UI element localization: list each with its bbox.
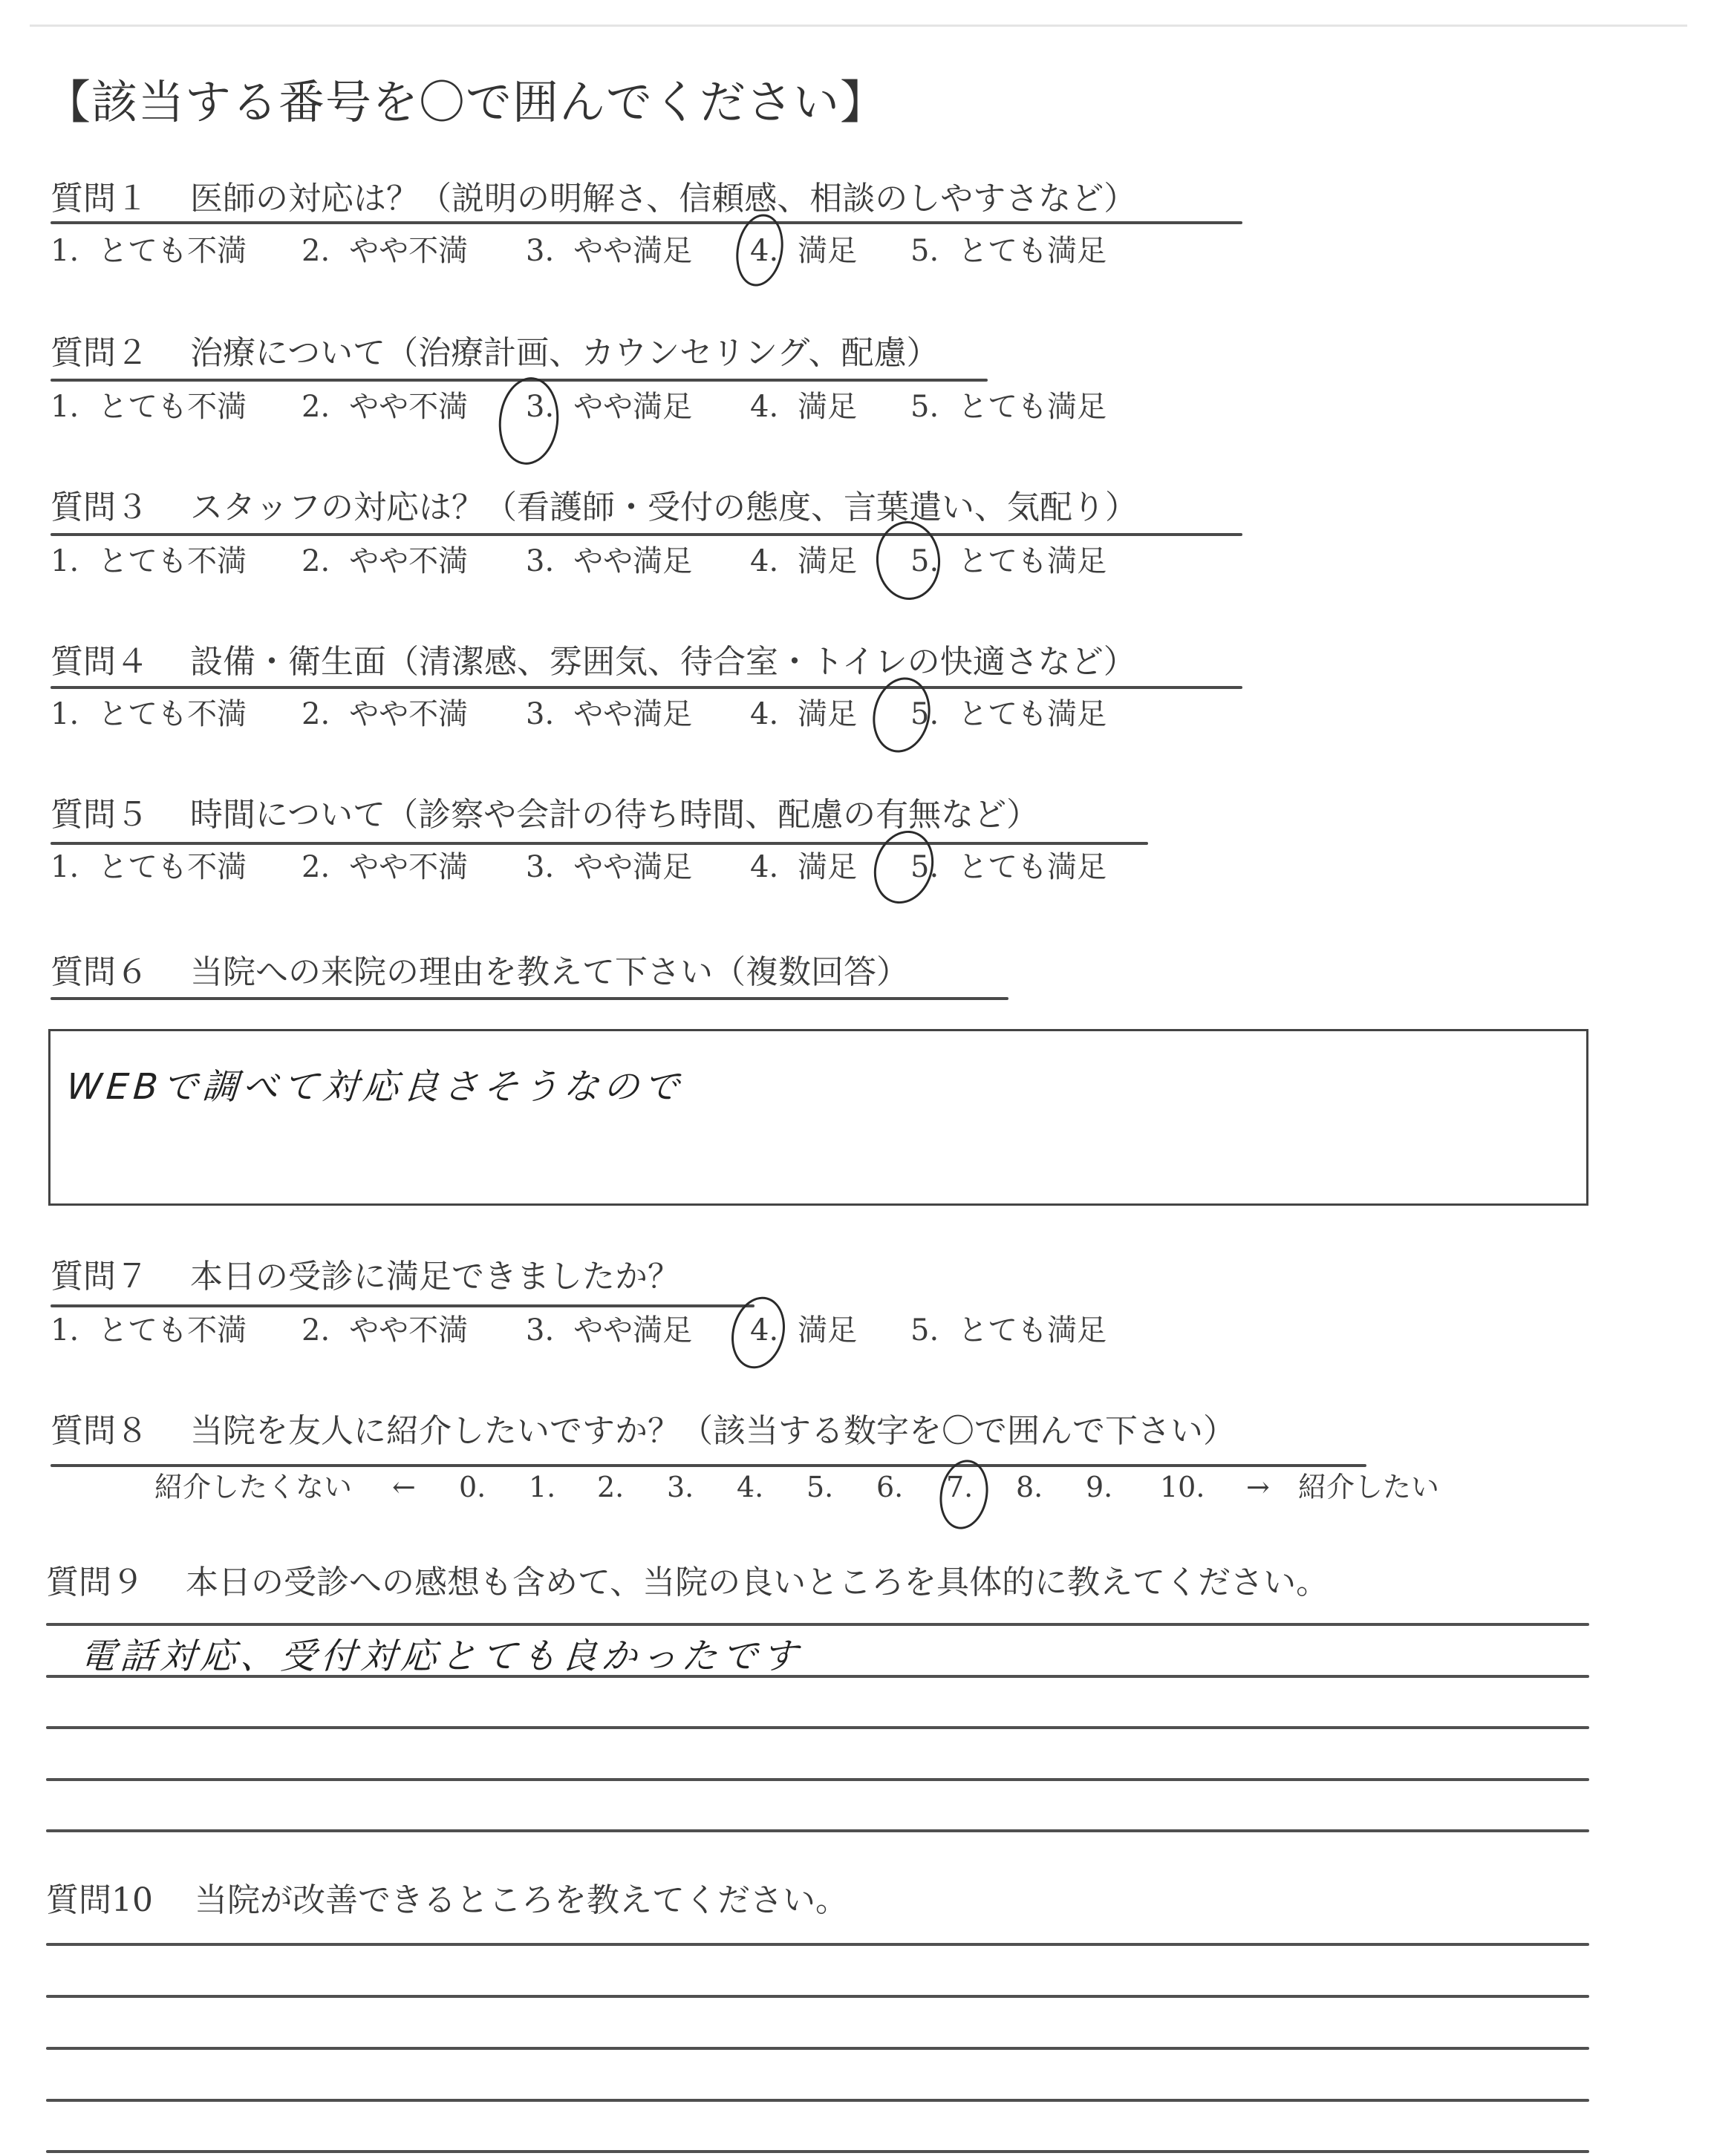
option-4[interactable]: 4.満足 <box>750 388 857 426</box>
scale-value-7[interactable]: 7. <box>946 1469 973 1506</box>
scale-left-label: 紹介したくない <box>154 1469 352 1506</box>
scale-value-1[interactable]: 1. <box>529 1469 555 1506</box>
scale-value-2[interactable]: 2. <box>597 1469 624 1506</box>
scale-value-9[interactable]: 9. <box>1086 1469 1112 1506</box>
option-2[interactable]: 2.やや不満 <box>302 848 468 886</box>
question-heading: 質問２治療について（治療計画、カウンセリング、配慮） <box>50 333 939 374</box>
answer-line[interactable] <box>46 1675 1589 1678</box>
option-3[interactable]: 3.やや満足 <box>526 848 692 886</box>
question-text: 医師の対応は？（説明の明解さ、信頼感、相談のしやすさなど） <box>190 180 1136 218</box>
rating-options: 1.とても不満 2.やや不満 3.やや満足 4.満足 5.とても満足 <box>50 848 1239 892</box>
option-5[interactable]: 5.とても満足 <box>910 388 1107 426</box>
option-1[interactable]: 1.とても不満 <box>50 695 247 734</box>
option-3[interactable]: 3.やや満足 <box>526 388 692 426</box>
question-text: 時間について（診察や会計の待ち時間、配慮の有無など） <box>190 796 1039 834</box>
question-number: 質問１ <box>50 178 149 220</box>
option-2[interactable]: 2.やや不満 <box>302 232 468 270</box>
recommend-scale: 紹介したくない ← 0. 1. 2. 3. 4. 5. 6. 7. 8. 9. … <box>0 1469 1485 1510</box>
question-heading: 質問１医師の対応は？（説明の明解さ、信頼感、相談のしやすさなど） <box>50 178 1136 220</box>
answer-line[interactable] <box>46 2099 1589 2102</box>
scale-value-10[interactable]: 10. <box>1160 1469 1205 1506</box>
rating-options: 1.とても不満 2.やや不満 3.やや満足 4.満足 5.とても満足 <box>50 388 1239 432</box>
question-heading: 質問８当院を友人に紹介したいですか？（該当する数字を〇で囲んで下さい） <box>50 1411 1236 1452</box>
option-5[interactable]: 5.とても満足 <box>910 1311 1107 1350</box>
handwritten-answer: 電話対応、受付対応とても良かったです <box>79 1627 804 1679</box>
option-3[interactable]: 3.やや満足 <box>526 1311 692 1350</box>
question-number: 質問７ <box>50 1256 149 1298</box>
question-number: 質問９ <box>46 1562 144 1604</box>
question-number: 質問２ <box>50 333 149 374</box>
option-5[interactable]: 5.とても満足 <box>910 848 1107 886</box>
option-4[interactable]: 4.満足 <box>750 542 857 581</box>
rating-options: 1.とても不満 2.やや不満 3.やや満足 4.満足 5.とても満足 <box>50 1311 1239 1356</box>
option-3[interactable]: 3.やや満足 <box>526 542 692 581</box>
option-3[interactable]: 3.やや満足 <box>526 695 692 734</box>
option-4[interactable]: 4.満足 <box>750 232 857 270</box>
free-text-answer-box[interactable]: WEBで調べて対応良さそうなので <box>48 1029 1588 1206</box>
question-text: 本日の受診に満足できましたか？ <box>190 1258 680 1296</box>
answer-line[interactable] <box>46 1726 1589 1729</box>
option-5[interactable]: 5.とても満足 <box>910 542 1107 581</box>
option-2[interactable]: 2.やや不満 <box>302 695 468 734</box>
question-text: 当院が改善できるところを教えてください。 <box>195 1881 848 1919</box>
handwritten-answer: WEBで調べて対応良さそうなので <box>65 1058 686 1109</box>
scale-value-0[interactable]: 0. <box>459 1469 486 1506</box>
answer-line[interactable] <box>46 2047 1589 2050</box>
question-underline <box>50 1464 1366 1467</box>
question-heading: 質問５時間について（診察や会計の待ち時間、配慮の有無など） <box>50 794 1039 836</box>
answer-line[interactable] <box>46 1623 1589 1626</box>
question-text: 当院を友人に紹介したいですか？（該当する数字を〇で囲んで下さい） <box>190 1412 1236 1450</box>
option-5[interactable]: 5.とても満足 <box>910 232 1107 270</box>
arrow-left-icon: ← <box>392 1469 416 1506</box>
question-heading: 質問６当院への来院の理由を教えて下さい（複数回答） <box>50 952 909 993</box>
scan-top-edge <box>30 24 1687 27</box>
question-underline <box>50 533 1242 536</box>
question-number: 質問６ <box>50 952 149 993</box>
option-4[interactable]: 4.満足 <box>750 1311 857 1350</box>
option-4[interactable]: 4.満足 <box>750 848 857 886</box>
question-underline <box>50 842 1148 845</box>
question-heading: 質問10当院が改善できるところを教えてください。 <box>46 1880 848 1921</box>
rating-options: 1.とても不満 2.やや不満 3.やや満足 4.満足 5.とても満足 <box>50 695 1239 739</box>
question-number: 質問10 <box>46 1880 153 1921</box>
question-underline <box>50 997 1008 1000</box>
rating-options: 1.とても不満 2.やや不満 3.やや満足 4.満足 5.とても満足 <box>50 232 1239 276</box>
question-number: 質問５ <box>50 794 149 836</box>
question-number: 質問３ <box>50 487 149 529</box>
option-1[interactable]: 1.とても不満 <box>50 848 247 886</box>
question-heading: 質問３スタッフの対応は？（看護師・受付の態度、言葉遣い、気配り） <box>50 487 1138 529</box>
question-underline <box>50 1304 755 1307</box>
option-1[interactable]: 1.とても不満 <box>50 232 247 270</box>
option-2[interactable]: 2.やや不満 <box>302 542 468 581</box>
option-2[interactable]: 2.やや不満 <box>302 388 468 426</box>
option-4[interactable]: 4.満足 <box>750 695 857 734</box>
answer-line[interactable] <box>46 1829 1589 1832</box>
scale-value-8[interactable]: 8. <box>1016 1469 1043 1506</box>
answer-line[interactable] <box>46 2150 1589 2153</box>
question-number: 質問４ <box>50 641 149 683</box>
question-underline <box>50 686 1242 689</box>
option-1[interactable]: 1.とても不満 <box>50 388 247 426</box>
option-5[interactable]: 5.とても満足 <box>910 695 1107 734</box>
question-text: 治療について（治療計画、カウンセリング、配慮） <box>190 334 939 372</box>
option-1[interactable]: 1.とても不満 <box>50 542 247 581</box>
rating-options: 1.とても不満 2.やや不満 3.やや満足 4.満足 5.とても満足 <box>50 542 1239 587</box>
answer-line[interactable] <box>46 1995 1589 1998</box>
answer-line[interactable] <box>46 1778 1589 1781</box>
question-heading: 質問９本日の受診への感想も含めて、当院の良いところを具体的に教えてください。 <box>46 1562 1329 1604</box>
answer-line[interactable] <box>46 1943 1589 1946</box>
question-number: 質問８ <box>50 1411 149 1452</box>
scale-right-label: 紹介したい <box>1298 1469 1439 1506</box>
option-1[interactable]: 1.とても不満 <box>50 1311 247 1350</box>
scale-value-5[interactable]: 5. <box>806 1469 833 1506</box>
page-title: 【該当する番号を〇で囲んでください】 <box>45 73 887 132</box>
question-text: 設備・衛生面（清潔感、雰囲気、待合室・トイレの快適さなど） <box>190 643 1136 681</box>
scale-value-4[interactable]: 4. <box>737 1469 763 1506</box>
question-underline <box>50 379 988 382</box>
question-text: 当院への来院の理由を教えて下さい（複数回答） <box>190 953 909 991</box>
scale-value-3[interactable]: 3. <box>667 1469 694 1506</box>
scale-value-6[interactable]: 6. <box>876 1469 903 1506</box>
question-underline <box>50 221 1242 224</box>
arrow-right-icon: → <box>1246 1469 1270 1506</box>
option-3[interactable]: 3.やや満足 <box>526 232 692 270</box>
option-2[interactable]: 2.やや不満 <box>302 1311 468 1350</box>
question-heading: 質問４設備・衛生面（清潔感、雰囲気、待合室・トイレの快適さなど） <box>50 641 1136 683</box>
question-text: 本日の受診への感想も含めて、当院の良いところを具体的に教えてください。 <box>186 1564 1329 1601</box>
question-text: スタッフの対応は？（看護師・受付の態度、言葉遣い、気配り） <box>190 489 1138 526</box>
question-heading: 質問７本日の受診に満足できましたか？ <box>50 1256 680 1298</box>
